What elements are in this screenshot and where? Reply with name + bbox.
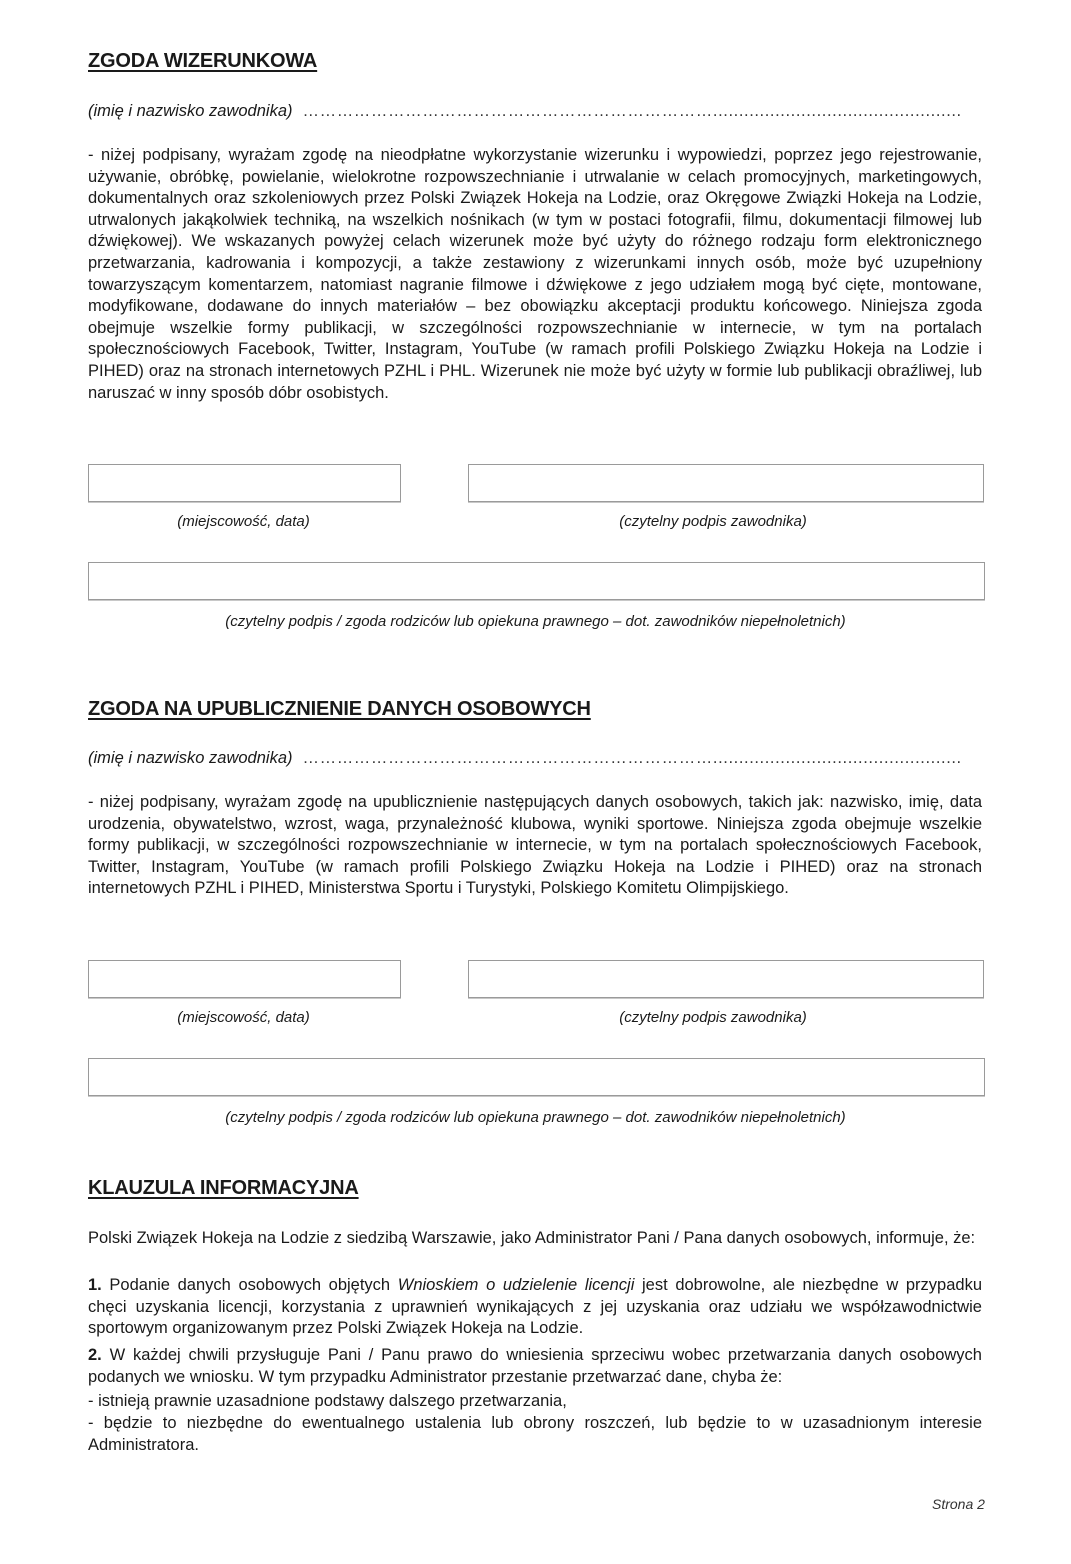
point-1-text-a: Podanie danych osobowych objętych bbox=[102, 1276, 398, 1294]
athlete-name-label-2: (imię i nazwisko zawodnika) bbox=[88, 749, 293, 768]
guardian-signature-caption: (czytelny podpis / zgoda rodziców lub op… bbox=[88, 613, 983, 630]
point-2-number: 2. bbox=[88, 1346, 102, 1364]
athlete-signature-caption: (czytelny podpis zawodnika) bbox=[468, 513, 958, 530]
athlete-signature-field-2[interactable] bbox=[468, 960, 984, 998]
athlete-signature-field[interactable] bbox=[468, 464, 984, 502]
point-1-italic-text: Wnioskiem o udzielenie licencji bbox=[398, 1276, 635, 1294]
point-1-number: 1. bbox=[88, 1276, 102, 1294]
page-number: Strona 2 bbox=[932, 1496, 985, 1512]
image-consent-text: - niżej podpisany, wyrażam zgodę na nieo… bbox=[88, 145, 982, 404]
point-2-text: W każdej chwili przysługuje Pani / Panu … bbox=[88, 1346, 982, 1386]
guardian-signature-field-2[interactable] bbox=[88, 1058, 985, 1096]
athlete-name-label: (imię i nazwisko zawodnika) bbox=[88, 102, 293, 121]
section-title-image-consent: ZGODA WIZERUNKOWA bbox=[88, 50, 317, 73]
place-date-caption: (miejscowość, data) bbox=[88, 513, 399, 530]
clause-intro: Polski Związek Hokeja na Lodzie z siedzi… bbox=[88, 1228, 982, 1250]
section-title-information-clause: KLAUZULA INFORMACYJNA bbox=[88, 1177, 359, 1200]
place-date-field-2[interactable] bbox=[88, 960, 401, 998]
clause-bullet-1: - istnieją prawnie uzasadnione podstawy … bbox=[88, 1391, 982, 1413]
athlete-signature-caption-2: (czytelny podpis zawodnika) bbox=[468, 1009, 958, 1026]
athlete-name-field[interactable]: ………………………………………………………………................… bbox=[303, 102, 964, 121]
guardian-signature-caption-2: (czytelny podpis / zgoda rodziców lub op… bbox=[88, 1109, 983, 1126]
place-date-field[interactable] bbox=[88, 464, 401, 502]
section-title-data-publication: ZGODA NA UPUBLICZNIENIE DANYCH OSOBOWYCH bbox=[88, 698, 591, 721]
clause-point-2: 2. W każdej chwili przysługuje Pani / Pa… bbox=[88, 1345, 982, 1388]
athlete-name-field-2[interactable]: ………………………………………………………………................… bbox=[303, 749, 964, 768]
athlete-name-line-2: (imię i nazwisko zawodnika) ………………………………… bbox=[88, 749, 963, 768]
data-publication-text: - niżej podpisany, wyrażam zgodę na upub… bbox=[88, 792, 982, 900]
document-page: ZGODA WIZERUNKOWA (imię i nazwisko zawod… bbox=[0, 0, 1071, 1564]
guardian-signature-field[interactable] bbox=[88, 562, 985, 600]
athlete-name-line: (imię i nazwisko zawodnika) ………………………………… bbox=[88, 102, 963, 121]
place-date-caption-2: (miejscowość, data) bbox=[88, 1009, 399, 1026]
clause-bullet-2: - będzie to niezbędne do ewentualnego us… bbox=[88, 1413, 982, 1456]
clause-point-1: 1. Podanie danych osobowych objętych Wni… bbox=[88, 1275, 982, 1340]
